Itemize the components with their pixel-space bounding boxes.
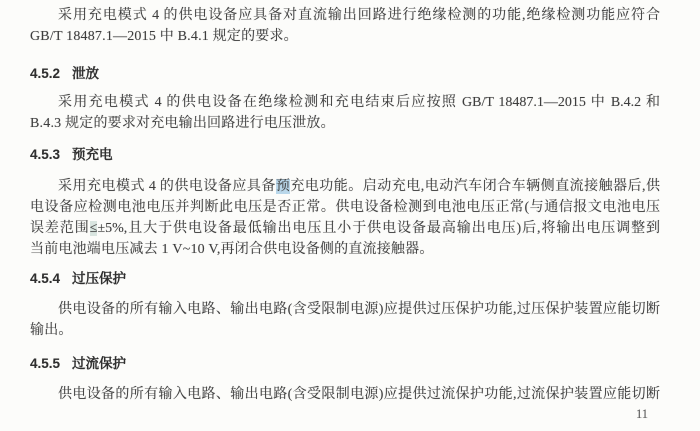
section-number: 4.5.4 (30, 271, 60, 286)
paragraph-line: B.4.3 规定的要求对充电输出回路进行电压泄放。 (30, 113, 660, 134)
paragraph-line: 电设备应检测电池电压并判断此电压是否正常。供电设备检测到电池电压正常(与通信报文… (30, 197, 660, 218)
section-title: 预充电 (72, 147, 113, 162)
paragraph-line: 采用充电模式 4 的供电设备在绝缘检测和充电结束后应按照 GB/T 18487.… (30, 92, 660, 113)
section-title: 过压保护 (72, 271, 126, 286)
section-number: 4.5.3 (30, 147, 60, 162)
section-heading-4-5-2: 4.5.2泄放 (30, 63, 660, 85)
paragraph-line: 误差范围≤±5%,且大于供电设备最低输出电压且小于供电设备最高输出电压)后,将输… (30, 218, 660, 239)
section-title: 泄放 (72, 66, 99, 81)
paragraph-line: 采用充电模式 4 的供电设备应具备预充电功能。启动充电,电动汽车闭合车辆侧直流接… (30, 176, 660, 197)
paragraph-line: 输出。 (30, 320, 660, 341)
section-heading-4-5-5: 4.5.5过流保护 (30, 353, 660, 375)
section-number: 4.5.5 (30, 356, 60, 371)
paragraph-line: 供电设备的所有输入电路、输出电路(含受限制电源)应提供过流保护功能,过流保护装置… (30, 384, 660, 405)
text-segment: 充电功能。启动充电,电动汽车闭合车辆侧直流接触器后,供 (290, 179, 660, 194)
text-segment: 误差范围 (30, 221, 90, 236)
text-segment: ±5%,且大于供电设备最低输出电压且小于供电设备最高输出电压)后,将输出电压调整… (97, 221, 660, 236)
text-segment: 采用充电模式 4 的供电设备应具备 (58, 179, 276, 194)
paragraph-line: GB/T 18487.1—2015 中 B.4.1 规定的要求。 (30, 26, 660, 47)
document-content: 采用充电模式 4 的供电设备应具备对直流输出回路进行绝缘检测的功能,绝缘检测功能… (30, 0, 660, 422)
page-number: 11 (30, 406, 660, 422)
section-heading-4-5-3: 4.5.3预充电 (30, 144, 660, 166)
paragraph-line: 供电设备的所有输入电路、输出电路(含受限制电源)应提供过压保护功能,过压保护装置… (30, 299, 660, 320)
search-highlight-blue: 预 (276, 179, 291, 194)
paragraph-line: 采用充电模式 4 的供电设备应具备对直流输出回路进行绝缘检测的功能,绝缘检测功能… (30, 5, 660, 26)
section-title: 过流保护 (72, 356, 126, 371)
paragraph-line: 当前电池端电压减去 1 V~10 V,再闭合供电设备侧的直流接触器。 (30, 239, 660, 260)
document-page: 采用充电模式 4 的供电设备应具备对直流输出回路进行绝缘检测的功能,绝缘检测功能… (0, 0, 700, 431)
section-heading-4-5-4: 4.5.4过压保护 (30, 268, 660, 290)
section-number: 4.5.2 (30, 66, 60, 81)
